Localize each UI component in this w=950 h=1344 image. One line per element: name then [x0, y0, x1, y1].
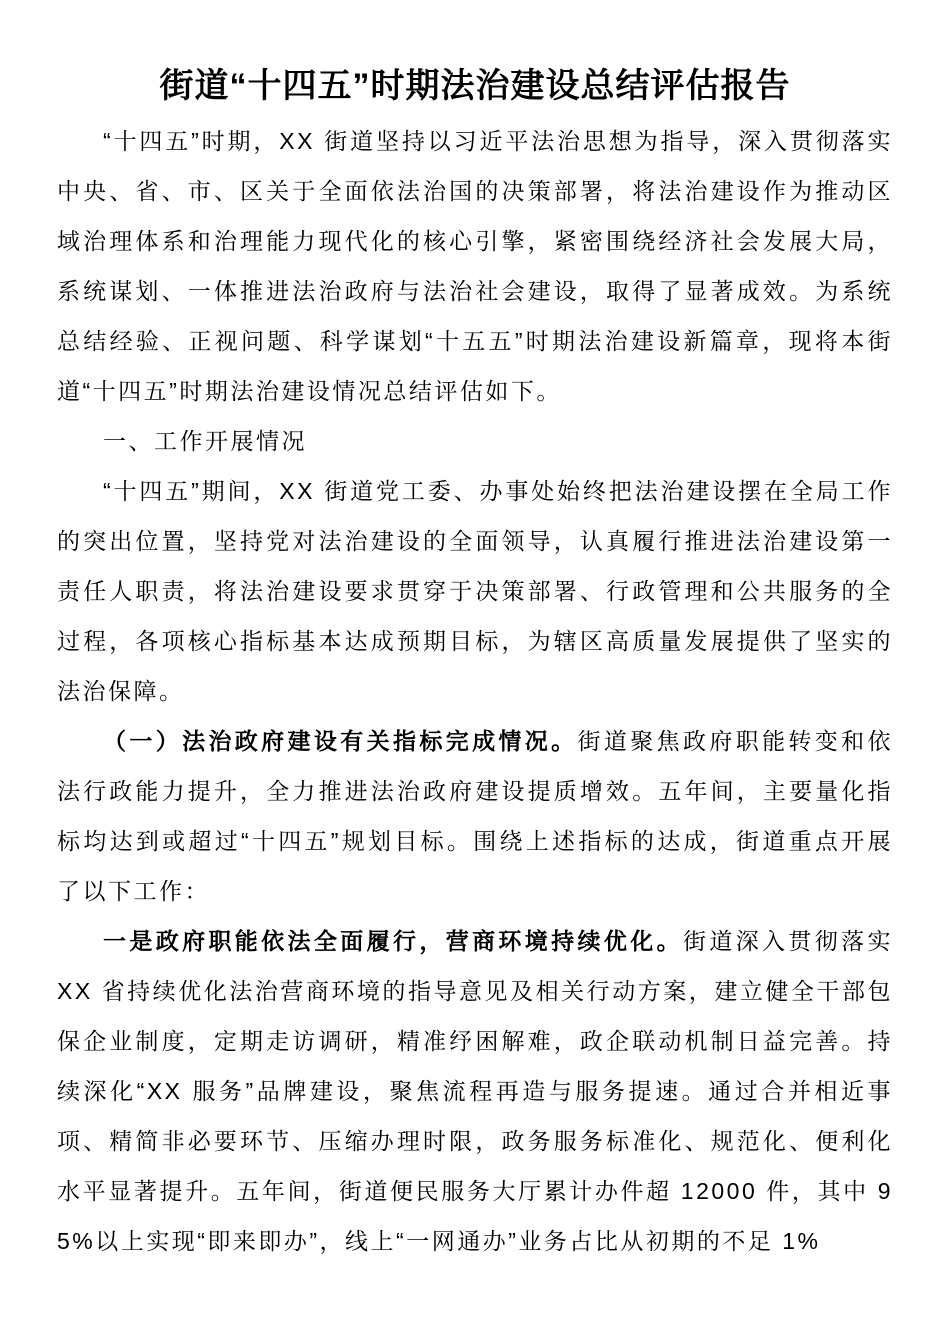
paragraph-business-env: 一是政府职能依法全面履行，营商环境持续优化。街道深入贯彻落实 XX 省持续优化法…	[57, 916, 893, 1266]
paragraph-intro: “十四五”时期，XX 街道坚持以习近平法治思想为指导，深入贯彻落实中央、省、市、…	[57, 116, 893, 416]
section-heading-1: 一、工作开展情况	[57, 416, 893, 466]
paragraph-business-env-lead: 一是政府职能依法全面履行，营商环境持续优化。	[103, 928, 683, 954]
paragraph-overview: “十四五”期间，XX 街道党工委、办事处始终把法治建设摆在全局工作的突出位置，坚…	[57, 466, 893, 716]
paragraph-indicators: （一）法治政府建设有关指标完成情况。街道聚焦政府职能转变和依法行政能力提升，全力…	[57, 716, 893, 916]
document-page: 街道“十四五”时期法治建设总结评估报告 “十四五”时期，XX 街道坚持以习近平法…	[0, 0, 950, 1344]
paragraph-indicators-body: 街道聚焦政府职能转变和依法行政能力提升，全力推进法治政府建设提质增效。五年间，主…	[57, 728, 893, 904]
paragraph-business-env-body: 街道深入贯彻落实 XX 省持续优化法治营商环境的指导意见及相关行动方案，建立健全…	[57, 928, 893, 1254]
document-title: 街道“十四五”时期法治建设总结评估报告	[57, 56, 893, 116]
paragraph-indicators-lead: （一）法治政府建设有关指标完成情况。	[103, 728, 578, 754]
